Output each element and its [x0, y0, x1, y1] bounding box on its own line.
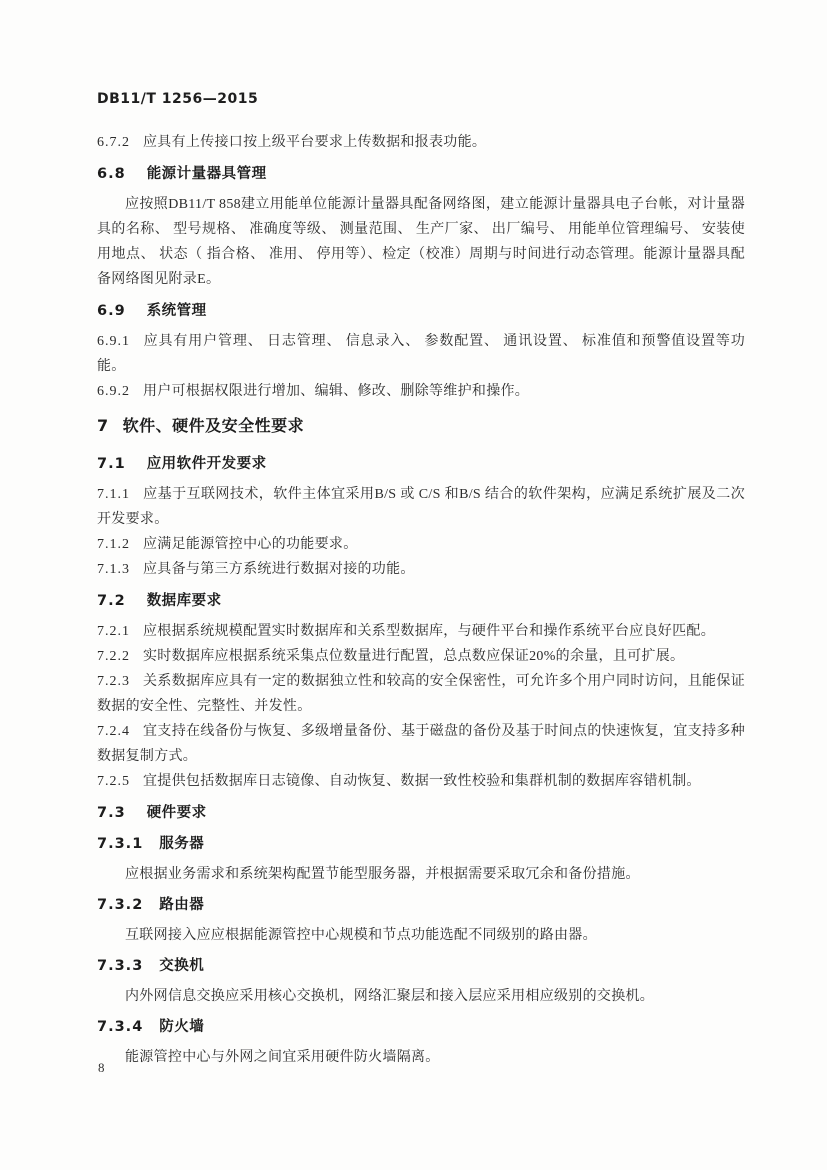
clause-number: 6.7.2: [97, 135, 143, 150]
section-heading-l2: 7.3硬件要求: [97, 801, 745, 826]
clause-text: 应根据系统规模配置实时数据库和关系型数据库，与硬件平台和操作系统平台应良好匹配。: [143, 624, 715, 639]
clause-number: 7.1.2: [97, 537, 143, 552]
clause: 6.9.1应具有用户管理、 日志管理、 信息录入、 参数配置、 通讯设置、 标准…: [97, 329, 745, 379]
clause: 7.1.3应具备与第三方系统进行数据对接的功能。: [97, 557, 745, 582]
document-body: 6.7.2应具有上传接口按上级平台要求上传数据和报表功能。6.8能源计量器具管理…: [97, 130, 745, 1070]
clause-number: 7.3.2: [97, 897, 159, 913]
clause-number: 7.2.4: [97, 724, 143, 739]
clause-number: 7.2: [97, 593, 147, 609]
clause-text: 应满足能源管控中心的功能要求。: [143, 537, 358, 552]
clause-text: 软件、硬件及安全性要求: [123, 416, 305, 435]
clause-number: 6.9.1: [97, 334, 143, 349]
clause-text: 路由器: [159, 897, 204, 913]
clause-text: 服务器: [159, 836, 204, 852]
paragraph: 能源管控中心与外网之间宜采用硬件防火墙隔离。: [97, 1045, 745, 1070]
clause: 7.1.2应满足能源管控中心的功能要求。: [97, 532, 745, 557]
clause-number: 7.2.3: [97, 674, 143, 689]
section-heading-l3: 7.3.4防火墙: [97, 1015, 745, 1040]
clause-number: 6.8: [97, 166, 147, 182]
clause-number: 6.9: [97, 303, 147, 319]
clause: 6.7.2应具有上传接口按上级平台要求上传数据和报表功能。: [97, 130, 745, 155]
clause-number: 7.3.4: [97, 1019, 159, 1035]
section-heading-l2: 7.1应用软件开发要求: [97, 452, 745, 477]
clause: 7.1.1应基于互联网技术，软件主体宜采用B/S 或 C/S 和B/S 结合的软…: [97, 482, 745, 532]
clause-text: 应基于互联网技术，软件主体宜采用B/S 或 C/S 和B/S 结合的软件架构，应…: [97, 487, 745, 527]
clause: 7.2.5宜提供包括数据库日志镜像、自动恢复、数据一致性校验和集群机制的数据库容…: [97, 769, 745, 794]
section-heading-l2: 6.9系统管理: [97, 299, 745, 324]
clause-text: 数据库要求: [147, 593, 222, 609]
clause-number: 7.3.3: [97, 958, 159, 974]
clause: 7.2.3关系数据库应具有一定的数据独立性和较高的安全保密性，可允许多个用户同时…: [97, 669, 745, 719]
paragraph: 互联网接入应应根据能源管控中心规模和节点功能选配不同级别的路由器。: [97, 923, 745, 948]
document-page: DB11/T 1256—2015 6.7.2应具有上传接口按上级平台要求上传数据…: [0, 0, 827, 1170]
clause-number: 7.1.3: [97, 562, 143, 577]
clause-text: 关系数据库应具有一定的数据独立性和较高的安全保密性，可允许多个用户同时访问，且能…: [97, 674, 745, 714]
clause-number: 7.2.5: [97, 774, 143, 789]
section-heading-l1: 7软件、硬件及安全性要求: [97, 412, 745, 440]
section-heading-l3: 7.3.2路由器: [97, 893, 745, 918]
clause-number: 6.9.2: [97, 384, 143, 399]
clause-number: 7.3.1: [97, 836, 159, 852]
clause-number: 7.1.1: [97, 487, 143, 502]
section-heading-l2: 6.8能源计量器具管理: [97, 162, 745, 187]
clause-number: 7.2.1: [97, 624, 143, 639]
clause: 7.2.1应根据系统规模配置实时数据库和关系型数据库，与硬件平台和操作系统平台应…: [97, 619, 745, 644]
paragraph: 内外网信息交换应采用核心交换机，网络汇聚层和接入层应采用相应级别的交换机。: [97, 984, 745, 1009]
page-number: 8: [98, 1060, 105, 1076]
clause-number: 7.3: [97, 805, 147, 821]
clause-text: 宜支持在线备份与恢复、多级增量备份、基于磁盘的备份及基于时间点的快速恢复，宜支持…: [97, 724, 745, 764]
clause-number: 7: [97, 416, 123, 435]
clause-text: 用户可根据权限进行增加、编辑、修改、删除等维护和操作。: [143, 384, 529, 399]
section-heading-l3: 7.3.1服务器: [97, 832, 745, 857]
section-heading-l2: 7.2数据库要求: [97, 589, 745, 614]
clause-text: 硬件要求: [147, 805, 207, 821]
page-content: DB11/T 1256—2015 6.7.2应具有上传接口按上级平台要求上传数据…: [97, 90, 745, 1070]
clause-text: 能源计量器具管理: [147, 166, 267, 182]
clause-text: 应用软件开发要求: [147, 456, 267, 472]
paragraph: 应按照DB11/T 858建立用能单位能源计量器具配备网络图，建立能源计量器具电…: [97, 192, 745, 292]
clause-text: 防火墙: [159, 1019, 204, 1035]
clause-text: 应具有上传接口按上级平台要求上传数据和报表功能。: [143, 135, 486, 150]
clause-text: 交换机: [159, 958, 204, 974]
clause-text: 应具有用户管理、 日志管理、 信息录入、 参数配置、 通讯设置、 标准值和预警值…: [97, 334, 745, 374]
paragraph: 应根据业务需求和系统架构配置节能型服务器，并根据需要采取冗余和备份措施。: [97, 862, 745, 887]
clause: 6.9.2用户可根据权限进行增加、编辑、修改、删除等维护和操作。: [97, 379, 745, 404]
clause: 7.2.2实时数据库应根据系统采集点位数量进行配置，总点数应保证20%的余量，且…: [97, 644, 745, 669]
clause-text: 实时数据库应根据系统采集点位数量进行配置，总点数应保证20%的余量，且可扩展。: [143, 649, 684, 664]
clause-text: 应具备与第三方系统进行数据对接的功能。: [143, 562, 415, 577]
standard-number-header: DB11/T 1256—2015: [97, 90, 745, 108]
clause-number: 7.2.2: [97, 649, 143, 664]
section-heading-l3: 7.3.3交换机: [97, 954, 745, 979]
clause: 7.2.4宜支持在线备份与恢复、多级增量备份、基于磁盘的备份及基于时间点的快速恢…: [97, 719, 745, 769]
clause-text: 宜提供包括数据库日志镜像、自动恢复、数据一致性校验和集群机制的数据库容错机制。: [143, 774, 701, 789]
clause-text: 系统管理: [147, 303, 207, 319]
clause-number: 7.1: [97, 456, 147, 472]
